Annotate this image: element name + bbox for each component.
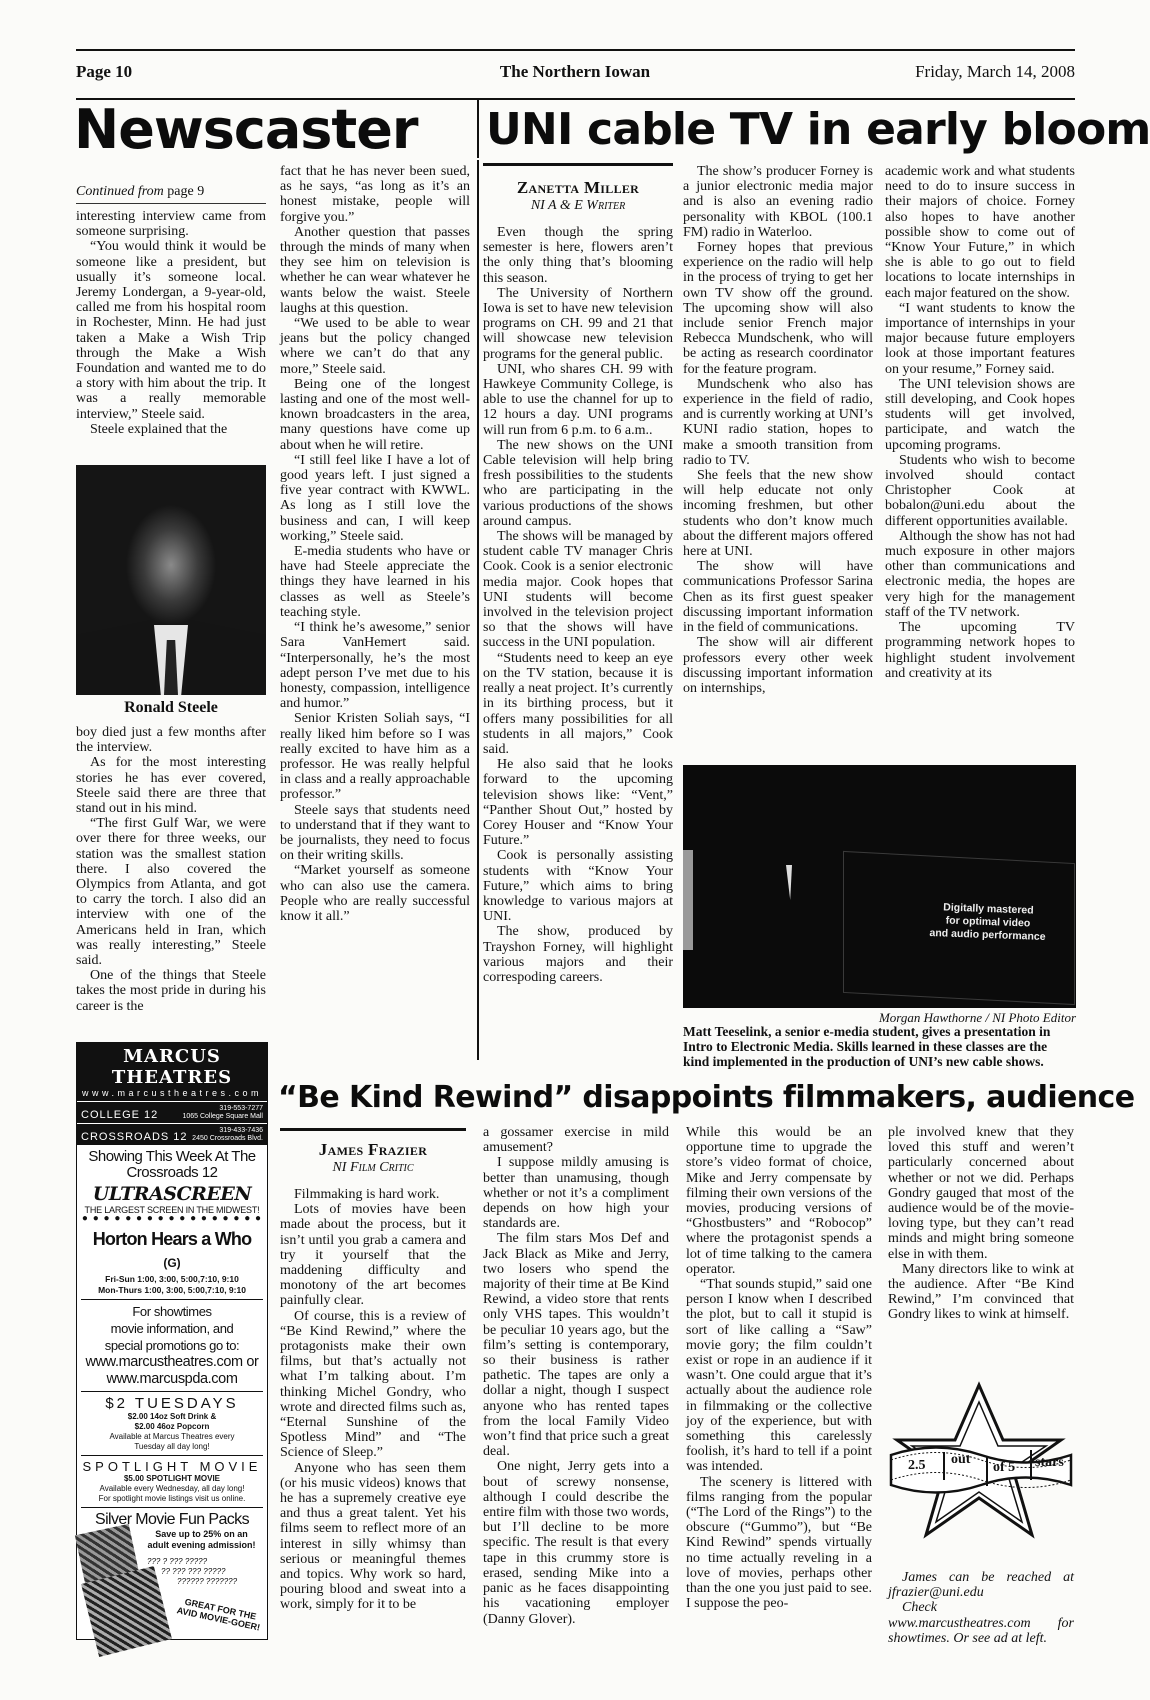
paragraph: Cook is personally assisting students wi… [483, 848, 673, 924]
review-byline: James Frazier NI Film Critic [280, 1140, 466, 1176]
spotlight-title: SPOTLIGHT MOVIE [77, 1459, 267, 1474]
ultrascreen-logo: ULTRASCREEN [77, 1183, 267, 1205]
paragraph: “Students need to keep an eye on the TV … [483, 651, 673, 757]
paragraph: Mundschenk who also has experience in th… [683, 377, 873, 468]
tuesdays-title: $2 TUESDAYS [77, 1395, 267, 1412]
paragraph: Even though the spring semester is here,… [483, 225, 673, 286]
spotlight-line: $5.00 SPOTLIGHT MOVIE [77, 1474, 267, 1484]
location-phone: 319-433-7436 [219, 1127, 263, 1134]
paragraph: E-media students who have or have had St… [280, 544, 470, 620]
paragraph: While this would be an opportune time to… [686, 1125, 872, 1277]
spotlight-line: For spotlight movie listings visit us on… [77, 1494, 267, 1504]
paragraph: “We used to be able to wear jeans but th… [280, 316, 470, 377]
paragraph: ple involved knew that they loved this s… [888, 1125, 1074, 1262]
paragraph: The University of Northern Iowa is set t… [483, 286, 673, 362]
info-block: For showtimes movie information, and spe… [77, 1303, 267, 1388]
info-line: For showtimes [77, 1303, 267, 1320]
info-line: special promotions go to: [77, 1337, 267, 1354]
funpacks-garbled: ??? ? ??? ????? ?? ??? ??? ????? ?????? … [147, 1557, 262, 1587]
marcus-theatres-ad[interactable]: MARCUS THEATRES www.marcustheatres.com C… [76, 1042, 268, 1640]
info-link[interactable]: www.marcuspda.com [77, 1371, 267, 1388]
paragraph: One night, Jerry gets into a bout of scr… [483, 1459, 669, 1626]
spotlight-line: Available every Wednesday, all day long! [77, 1484, 267, 1494]
paragraph: The UNI television shows are still devel… [885, 377, 1075, 453]
review-byline-rule [280, 1128, 466, 1131]
paragraph: The show, produced by Trayshon Forney, w… [483, 924, 673, 985]
paragraph: As for the most interesting stories he h… [76, 755, 266, 816]
rating-value: 2.5 [908, 1458, 926, 1474]
showtime-line: Mon-Thurs 1:00, 3:00, 5:00,7:10, 9:10 [77, 1285, 267, 1296]
paragraph: Forney hopes that previous experience on… [683, 240, 873, 377]
tuesdays-line: Available at Marcus Theatres every [77, 1432, 267, 1442]
light-streak [683, 850, 693, 950]
showtimes: Fri-Sun 1:00, 3:00, 5:00,7:10, 9:10 Mon-… [77, 1274, 267, 1296]
paragraph: interesting interview came from someone … [76, 209, 266, 239]
newscaster-col2: fact that he has never been sued, as he … [280, 164, 470, 924]
paragraph: Steele explained that the [76, 422, 266, 437]
paragraph: Anyone who has seen them (or his music v… [280, 1461, 466, 1613]
newscaster-headline: Newscaster [74, 98, 418, 161]
ad-divider [81, 1391, 263, 1392]
location-address: 2450 Crossroads Blvd. [192, 1135, 263, 1142]
paragraph: fact that he has never been sued, as he … [280, 164, 470, 225]
paragraph: I suppose mildly amusing is better than … [483, 1155, 669, 1231]
paragraph: The new shows on the UNI Cable televisio… [483, 438, 673, 529]
paragraph: “I still feel like I have a lot of good … [280, 453, 470, 544]
issue-date: Friday, March 14, 2008 [915, 62, 1075, 82]
review-contact: James can be reached at jfrazier@uni.edu… [888, 1570, 1074, 1646]
paragraph: The scenery is littered with films rangi… [686, 1475, 872, 1612]
ad-brand: MARCUS THEATRES [77, 1043, 267, 1088]
rating-unit: stars [1035, 1455, 1064, 1471]
paragraph: “You would think it would be someone lik… [76, 239, 266, 421]
review-col3: While this would be an opportune time to… [686, 1125, 872, 1612]
paragraph: Steele says that students need to unders… [280, 803, 470, 864]
paragraph: She feels that the new show will help ed… [683, 468, 873, 559]
classroom-photo: Digitally mastered for optimal video and… [683, 765, 1076, 1008]
ad-divider [81, 1507, 263, 1508]
contact-line: James can be reached at jfrazier@uni.edu [888, 1570, 1074, 1600]
jump-line: Continued from page 9 [76, 184, 266, 204]
paragraph: The film stars Mos Def and Jack Black as… [483, 1231, 669, 1459]
tuesdays-line: Tuesday all day long! [77, 1442, 267, 1452]
paragraph: UNI, who shares CH. 99 with Hawkeye Comm… [483, 362, 673, 438]
paragraph: The shows will be managed by student cab… [483, 529, 673, 651]
funpacks-line: adult evening admission! [139, 1540, 264, 1551]
cable-headline: UNI cable TV in early bloom [486, 104, 1150, 155]
paragraph: Although the show has not had much expos… [885, 529, 1075, 620]
paragraph: The upcoming TV programming network hope… [885, 620, 1075, 681]
garbled-line: ?????? ??????? [147, 1577, 262, 1587]
star-rating: 2.5 out of 5 stars [886, 1380, 1076, 1550]
paragraph: “I think he’s awesome,” senior Sara VanH… [280, 620, 470, 711]
screen-text: Digitally mastered for optimal video and… [912, 900, 1063, 944]
photo-caption-steele: Ronald Steele [76, 699, 266, 717]
movie-rating: (G) [77, 1256, 267, 1270]
funpacks-tag: GREAT FOR THE AVID MOVIE-GOER! [171, 1594, 268, 1633]
location-details: 319-553-72771065 College Square Mall [182, 1105, 263, 1121]
top-rule [76, 49, 1075, 51]
ronald-steele-photo [76, 465, 266, 695]
dot-divider: ● ● ● ● ● ● ● ● ● ● ● ● ● ● ● ● ● [77, 1215, 267, 1223]
author-name: Zanetta Miller [483, 178, 673, 198]
cable-col1: Even though the spring semester is here,… [483, 225, 673, 985]
showing-line: Showing This Week At The [77, 1149, 267, 1165]
paragraph: “That sounds stupid,” said one person I … [686, 1277, 872, 1475]
jump-prefix: Continued from [76, 184, 164, 199]
paragraph: The show will have communications Profes… [683, 559, 873, 635]
ad-divider [81, 1299, 263, 1300]
review-col4: ple involved knew that they loved this s… [888, 1125, 1074, 1323]
cable-col2: The show’s producer Forney is a junior e… [683, 164, 873, 696]
ad-header: MARCUS THEATRES www.marcustheatres.com C… [77, 1043, 267, 1145]
review-col1: Filmmaking is hard work. Lots of movies … [280, 1187, 466, 1613]
contact-line: Check www.marcustheatres.com for showtim… [888, 1600, 1074, 1646]
funpacks-title: Silver Movie Fun Packs [77, 1511, 267, 1529]
movie-title: Horton Hears a Who [77, 1229, 267, 1250]
paragraph: a gossamer exercise in mild amusement? [483, 1125, 669, 1155]
paragraph: Senior Kristen Soliah says, “I really li… [280, 711, 470, 802]
headline-divider [477, 100, 479, 158]
funpacks-offer: Save up to 25% on an adult evening admis… [139, 1529, 264, 1551]
location-name: COLLEGE 12 [81, 1109, 158, 1121]
tuesdays-line: $2.00 46oz Popcorn [77, 1422, 267, 1432]
tuesdays-details: $2.00 14oz Soft Drink & $2.00 46oz Popco… [77, 1412, 267, 1452]
light-streak [786, 865, 792, 900]
garbled-line: ??? ? ??? ????? [147, 1557, 262, 1567]
paragraph: academic work and what students need to … [885, 164, 1075, 301]
paragraph: Of course, this is a review of “Be Kind … [280, 1309, 466, 1461]
paragraph: The show’s producer Forney is a junior e… [683, 164, 873, 240]
paragraph: One of the things that Steele takes the … [76, 968, 266, 1014]
paragraph: Lots of movies have been made about the … [280, 1202, 466, 1308]
review-headline: “Be Kind Rewind” disappoints filmmakers,… [278, 1080, 1134, 1115]
showing-line: Crossroads 12 [77, 1165, 267, 1181]
paragraph: “Market yourself as someone who can also… [280, 863, 470, 924]
tuesdays-line: $2.00 14oz Soft Drink & [77, 1412, 267, 1422]
paragraph: He also said that he looks forward to th… [483, 757, 673, 848]
paragraph: Another question that passes through the… [280, 225, 470, 316]
paragraph: The show will air different professors e… [683, 635, 873, 696]
section-divider [477, 160, 479, 1060]
paragraph: boy died just a few months after the int… [76, 725, 266, 755]
paragraph: Filmmaking is hard work. [280, 1187, 466, 1202]
newscaster-col1-bottom: boy died just a few months after the int… [76, 725, 266, 1014]
author-role: NI Film Critic [280, 1160, 466, 1176]
garbled-line: ?? ??? ??? ????? [147, 1567, 262, 1577]
ad-url[interactable]: www.marcustheatres.com [77, 1088, 267, 1101]
spotlight-details: $5.00 SPOTLIGHT MOVIE Available every We… [77, 1474, 267, 1504]
paragraph: “The first Gulf War, we were over there … [76, 816, 266, 968]
location-phone: 319-553-7277 [219, 1105, 263, 1112]
jump-page: page 9 [164, 184, 204, 199]
author-name: James Frazier [280, 1140, 466, 1160]
cable-byline: Zanetta Miller NI A & E Writer [483, 178, 673, 214]
photo-caption-cable: Matt Teeselink, a senior e-media student… [683, 1024, 1076, 1069]
paragraph: “I want students to know the importance … [885, 301, 1075, 377]
showing-label: Showing This Week At The Crossroads 12 [77, 1149, 267, 1181]
location-details: 319-433-74362450 Crossroads Blvd. [192, 1127, 263, 1143]
ad-location: COLLEGE 12 319-553-72771065 College Squa… [77, 1101, 267, 1123]
location-name: CROSSROADS 12 [81, 1131, 188, 1143]
rating-out: out [951, 1452, 970, 1468]
ad-location: CROSSROADS 12 319-433-74362450 Crossroad… [77, 1123, 267, 1145]
newscaster-col1-top: interesting interview came from someone … [76, 209, 266, 437]
location-address: 1065 College Square Mall [182, 1113, 263, 1120]
paragraph: Students who wish to become involved sho… [885, 453, 1075, 529]
review-col2: a gossamer exercise in mild amusement? I… [483, 1125, 669, 1627]
byline-rule [483, 163, 673, 166]
paragraph: Many directors like to wink at the audie… [888, 1262, 1074, 1323]
rating-of: of 5 [993, 1460, 1015, 1476]
paragraph: Being one of the longest lasting and one… [280, 377, 470, 453]
info-link[interactable]: www.marcustheatres.com or [77, 1354, 267, 1371]
author-role: NI A & E Writer [483, 198, 673, 214]
ad-divider [81, 1455, 263, 1456]
cable-col3: academic work and what students need to … [885, 164, 1075, 681]
funpacks-line: Save up to 25% on an [139, 1529, 264, 1540]
info-line: movie information, and [77, 1320, 267, 1337]
funpacks-body: Save up to 25% on an adult evening admis… [77, 1529, 267, 1649]
showtime-line: Fri-Sun 1:00, 3:00, 5:00,7:10, 9:10 [77, 1274, 267, 1285]
